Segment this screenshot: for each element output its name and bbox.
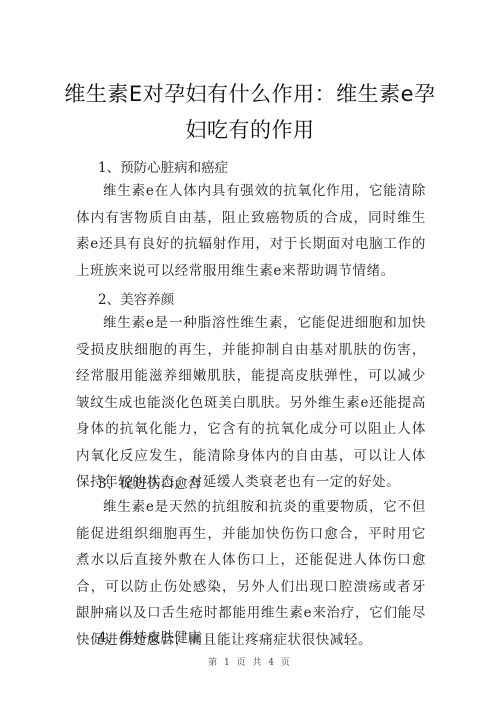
title-line-2: 妇吃有的作用	[60, 112, 440, 148]
title-line-1: 维生素E对孕妇有什么作用：维生素e孕	[60, 76, 440, 112]
section-heading-1: 1、预防心脏病和癌症	[98, 156, 228, 176]
document-title: 维生素E对孕妇有什么作用：维生素e孕 妇吃有的作用	[60, 76, 440, 148]
section-heading-2: 2、美容养颜	[98, 288, 174, 308]
section-heading-3: 3、促进伤口愈合	[98, 472, 201, 492]
document-page: 维生素E对孕妇有什么作用：维生素e孕 妇吃有的作用 1、预防心脏病和癌症 维生素…	[0, 0, 500, 707]
section-heading-4: 4、维持皮肤健康	[98, 626, 201, 646]
section-body-1: 维生素e在人体内具有强效的抗氧化作用，它能清除体内有害物质自由基，阻止致癌物质的…	[76, 178, 426, 284]
section-body-2: 维生素e是一种脂溶性维生素，它能促进细胞和加快受损皮肤细胞的再生，并能抑制自由基…	[76, 310, 426, 496]
page-number-footer: 第 1 页 共 4 页	[0, 655, 500, 668]
